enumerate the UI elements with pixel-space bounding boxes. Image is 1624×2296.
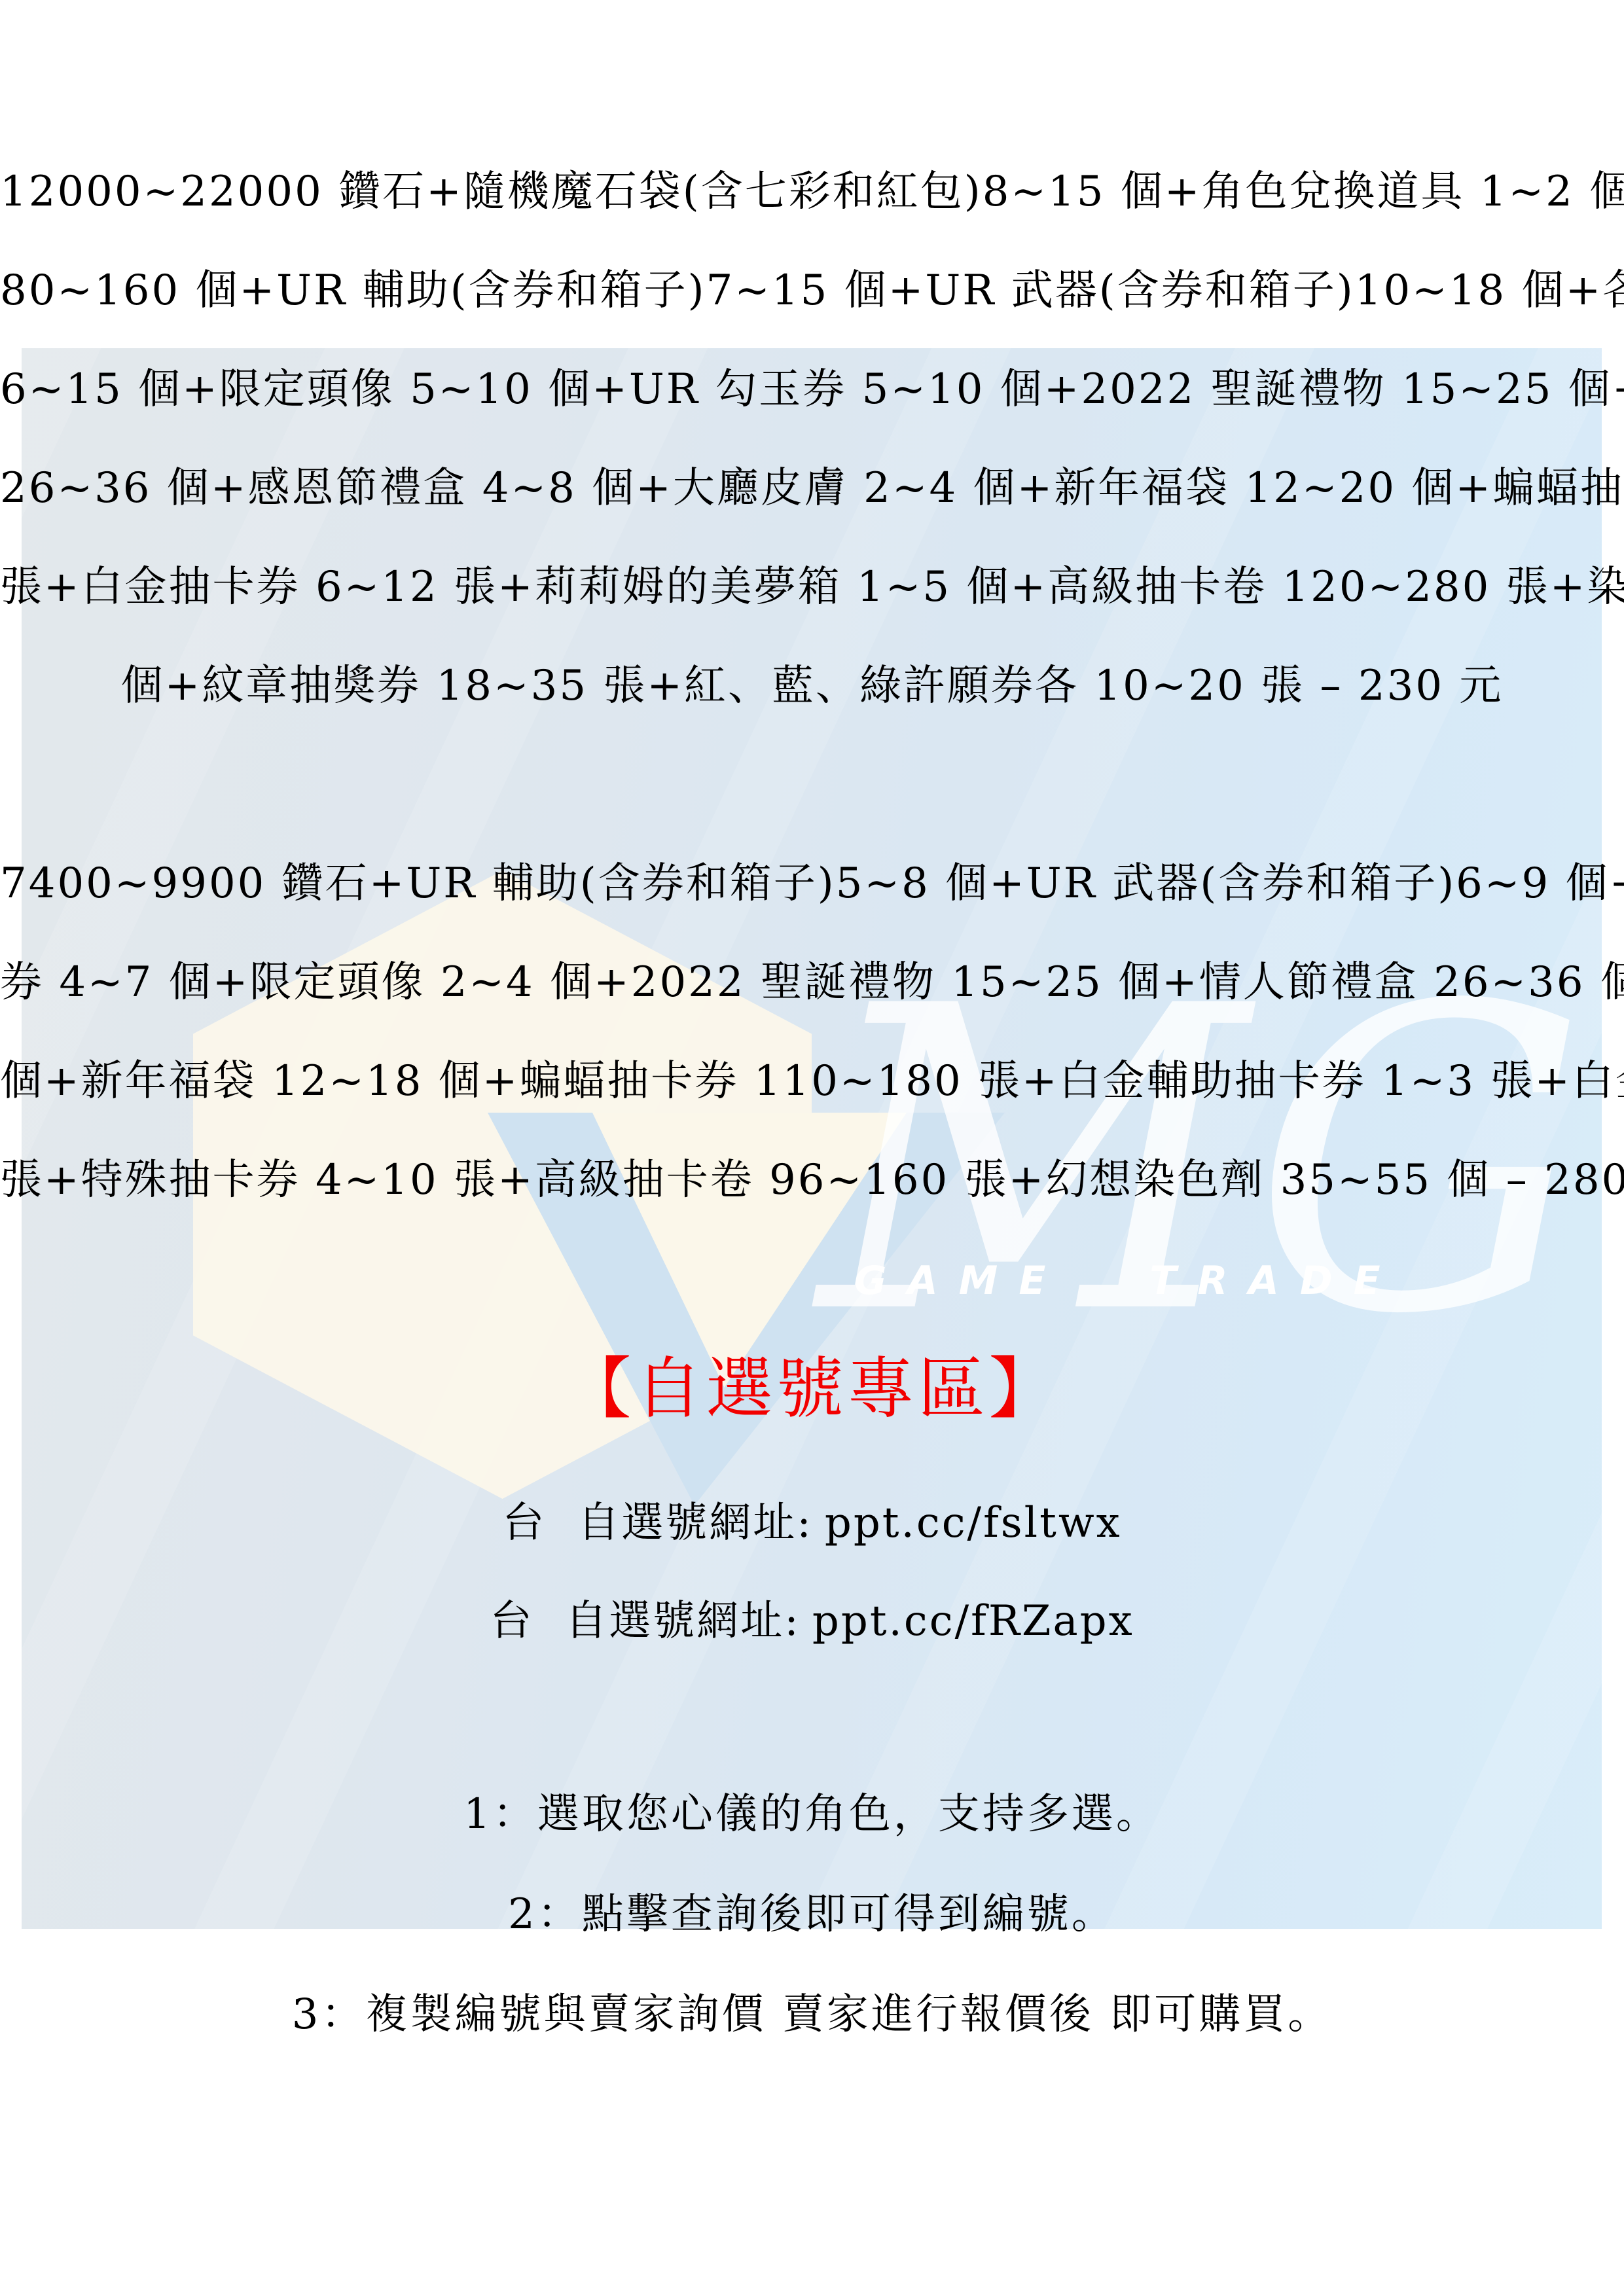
listing-line: 80~160 個+UR 輔助(含券和箱子)7~15 個+UR 武器(含券和箱子)… bbox=[0, 242, 1624, 340]
listing-line: 券 4~7 個+限定頭像 2~4 個+2022 聖誕禮物 15~25 個+情人節… bbox=[0, 933, 1624, 1032]
listing-line: 個+新年福袋 12~18 個+蝙蝠抽卡券 110~180 張+白金輔助抽卡券 1… bbox=[0, 1032, 1624, 1131]
listing-line-price: 張+特殊抽卡券 4~10 張+高級抽卡卷 96~160 張+幻想染色劑 35~5… bbox=[0, 1131, 1624, 1230]
self-pick-url-row: 台自選號網址:ppt.cc/fRZapx bbox=[0, 1572, 1624, 1670]
listing-bundle-230: 12000~22000 鑽石+隨機魔石袋(含七彩和紅包)8~15 個+角色兌換道… bbox=[0, 143, 1624, 736]
step-item: 2：點擊查詢後即可得到編號。 bbox=[0, 1865, 1624, 1964]
url-label: 自選號網址: bbox=[565, 1597, 801, 1645]
listing-line: 6~15 個+限定頭像 5~10 個+UR 勾玉券 5~10 個+2022 聖誕… bbox=[0, 340, 1624, 439]
document-page: MG GAME TRADE 12000~22000 鑽石+隨機魔石袋(含七彩和紅… bbox=[0, 0, 1624, 2296]
listing-bundle-280: 7400~9900 鑽石+UR 輔助(含券和箱子)5~8 個+UR 武器(含券和… bbox=[0, 834, 1624, 1230]
region-label: 台 bbox=[502, 1499, 546, 1547]
step-item: 1：選取您心儀的角色，支持多選。 bbox=[0, 1765, 1624, 1863]
self-pick-url-row: 台自選號網址:ppt.cc/fsltwx bbox=[0, 1474, 1624, 1572]
region-label: 台 bbox=[490, 1597, 533, 1645]
self-pick-url[interactable]: ppt.cc/fRZapx bbox=[812, 1597, 1134, 1645]
url-label: 自選號網址: bbox=[577, 1499, 813, 1547]
watermark-tagline: GAME TRADE bbox=[854, 1255, 1401, 1306]
section-title: 【自選號專區】 bbox=[0, 1335, 1624, 1443]
listing-line: 26~36 個+感恩節禮盒 4~8 個+大廳皮膚 2~4 個+新年福袋 12~2… bbox=[0, 439, 1624, 538]
self-pick-url[interactable]: ppt.cc/fsltwx bbox=[825, 1499, 1122, 1547]
listing-line: 12000~22000 鑽石+隨機魔石袋(含七彩和紅包)8~15 個+角色兌換道… bbox=[0, 143, 1624, 242]
step-item: 3：複製編號與賣家詢價 賣家進行報價後 即可購買。 bbox=[0, 1965, 1624, 2064]
listing-line: 張+白金抽卡券 6~12 張+莉莉姆的美夢箱 1~5 個+高級抽卡卷 120~2… bbox=[0, 538, 1624, 637]
listing-line-price: 個+紋章抽獎券 18~35 張+紅、藍、綠許願券各 10~20 張 – 230 … bbox=[0, 637, 1624, 736]
listing-line: 7400~9900 鑽石+UR 輔助(含券和箱子)5~8 個+UR 武器(含券和… bbox=[0, 834, 1624, 933]
